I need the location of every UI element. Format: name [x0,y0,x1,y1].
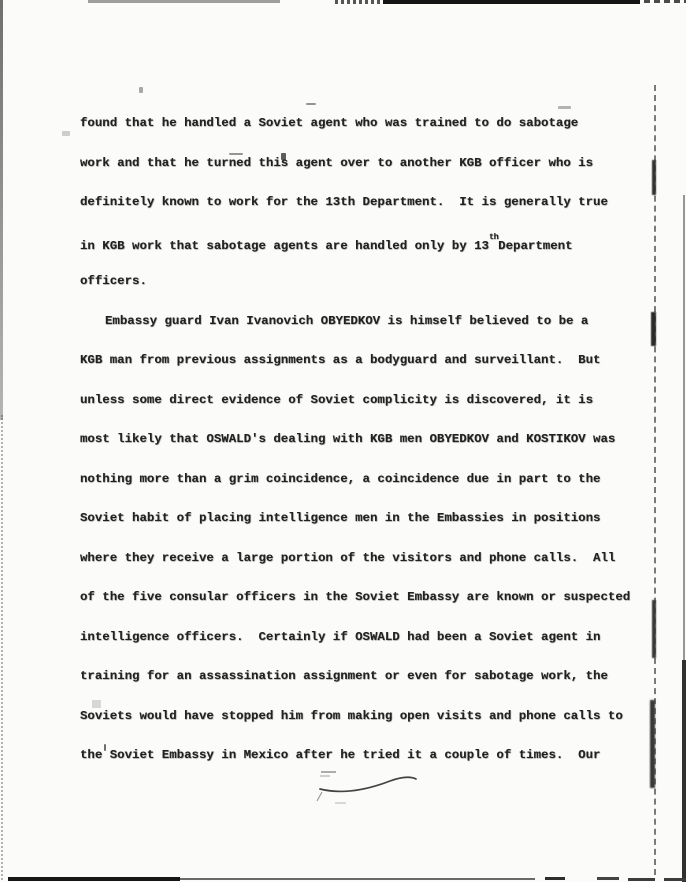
text-line: intelligence officers. Certainly if OSWA… [80,630,660,670]
scan-band-top-speckle [335,0,383,4]
text-line: Soviets would have stopped him from maki… [80,709,660,749]
text-line: definitely known to work for the 13th De… [80,195,660,235]
text-line: most likely that OSWALD's dealing with K… [80,432,660,472]
handwritten-swoosh-mark [308,763,468,811]
scan-edge-left-dotted [1,415,3,880]
memo-body: found that he handled a Soviet agent who… [80,116,660,788]
scan-band-bottom [545,877,565,880]
scan-edge-right-dark [682,660,686,882]
text-line: where they receive a large portion of th… [80,551,660,591]
superscript-th: th [489,232,498,242]
scan-edge-right-line [683,195,685,665]
text-line: training for an assassination assignment… [80,669,660,709]
scan-band-bottom [664,878,686,881]
text-line: of the five consular officers in the Sov… [80,590,660,630]
text-line: unless some direct evidence of Soviet co… [80,393,660,433]
text-line: Embassy guard Ivan Ivanovich OBYEDKOV is… [80,314,660,354]
scan-band-top-left [88,0,280,3]
scan-speck [306,103,316,105]
scan-band-bottom [180,878,535,880]
text-segment: Department [498,239,572,253]
scan-edge-left-solid [0,0,3,420]
text-segment: in KGB work that sabotage agents are han… [80,239,489,253]
text-line: Soviet habit of placing intelligence men… [80,511,660,551]
scan-band-top-main [383,0,640,4]
text-line: KGB man from previous assignments as a b… [80,353,660,393]
text-line: found that he handled a Soviet agent who… [80,116,660,156]
scanned-document-page: found that he handled a Soviet agent who… [0,0,686,882]
scan-speck [62,131,70,136]
scan-band-bottom [8,877,180,881]
text-line: in KGB work that sabotage agents are han… [80,235,660,275]
text-line: nothing more than a grim coincidence, a … [80,472,660,512]
scan-speck [139,87,143,93]
text-line: work and that he turned this agent over … [80,156,660,196]
text-line: officers. [80,274,660,314]
scan-speck [558,106,571,109]
scan-band-bottom [597,877,619,880]
scan-band-top-right [644,0,686,3]
scan-band-bottom [628,878,655,881]
